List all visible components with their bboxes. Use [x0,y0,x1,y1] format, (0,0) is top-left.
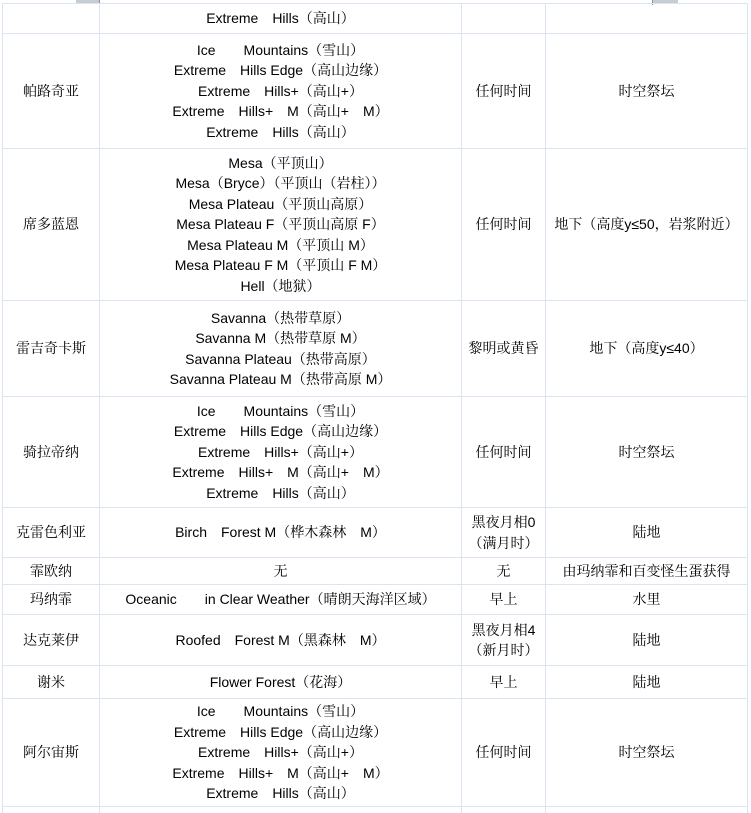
location-cell[interactable]: 水里 [546,585,748,615]
pokemon-name-cell[interactable]: 霏欧纳 [3,558,100,585]
pokemon-name-cell[interactable]: 骑拉帝纳 [3,397,100,508]
table-row-palkia: 帕路奇亚 Ice Mountains（雪山） Extreme Hills Edg… [3,34,748,149]
time-cell[interactable]: 黎明或黄昏 [462,301,546,397]
time-cell[interactable] [462,4,546,34]
time-cell[interactable]: 任何时间 [462,34,546,149]
location-cell[interactable] [546,807,748,813]
biome-cell[interactable]: Oceanic in Clear Weather（晴朗天海洋区域） [100,585,462,615]
biome-cell[interactable]: Ice Mountains（雪山） Extreme Hills Edge（高山边… [100,699,462,807]
biome-cell[interactable]: Ice Mountains（雪山） Extreme Hills Edge（高山边… [100,397,462,508]
table-row-phione: 霏欧纳 无 无 由玛纳霏和百变怪生蛋获得 [3,558,748,585]
table-row-giratina: 骑拉帝纳 Ice Mountains（雪山） Extreme Hills Edg… [3,397,748,508]
time-cell[interactable]: 任何时间 [462,699,546,807]
pokemon-name-cell[interactable]: 席多蓝恩 [3,149,100,301]
biome-cell[interactable]: Extreme Hills（高山） [100,4,462,34]
time-cell[interactable]: 任何时间 [462,149,546,301]
location-cell[interactable]: 陆地 [546,508,748,558]
pokemon-spawn-table: Extreme Hills（高山） 帕路奇亚 Ice Mountains（雪山）… [2,3,748,813]
location-cell[interactable]: 陆地 [546,615,748,666]
biome-cell[interactable]: 无 [100,558,462,585]
biome-cell[interactable]: Flower Forest（花海） [100,666,462,699]
location-cell[interactable]: 地下（高度y≤40） [546,301,748,397]
biome-cell[interactable]: Mesa（平顶山） Mesa（Bryce）（平顶山（岩柱）） Mesa Plat… [100,149,462,301]
location-cell[interactable]: 时空祭坛 [546,34,748,149]
location-cell[interactable]: 陆地 [546,666,748,699]
location-cell[interactable]: 由玛纳霏和百变怪生蛋获得 [546,558,748,585]
pokemon-name-cell[interactable]: 谢米 [3,666,100,699]
table-row-heatran: 席多蓝恩 Mesa（平顶山） Mesa（Bryce）（平顶山（岩柱）） Mesa… [3,149,748,301]
table-row-manaphy: 玛纳霏 Oceanic in Clear Weather（晴朗天海洋区域） 早上… [3,585,748,615]
table-row-partial-bottom [3,807,748,813]
table-row-arceus: 阿尔宙斯 Ice Mountains（雪山） Extreme Hills Edg… [3,699,748,807]
pokemon-name-cell[interactable]: 阿尔宙斯 [3,699,100,807]
pokemon-name-cell[interactable]: 达克莱伊 [3,615,100,666]
pokemon-name-cell[interactable]: 帕路奇亚 [3,34,100,149]
location-cell[interactable] [546,4,748,34]
time-cell[interactable]: 黑夜月相4 （新月时） [462,615,546,666]
time-cell[interactable]: 黑夜月相0 （满月时） [462,508,546,558]
table-row-regigigas: 雷吉奇卡斯 Savanna（热带草原） Savanna M（热带草原 M） Sa… [3,301,748,397]
pokemon-name-cell[interactable] [3,807,100,813]
time-cell[interactable]: 早上 [462,666,546,699]
biome-cell[interactable] [100,807,462,813]
time-cell[interactable] [462,807,546,813]
time-cell[interactable]: 早上 [462,585,546,615]
pokemon-name-cell[interactable] [3,4,100,34]
table-row-partial-top: Extreme Hills（高山） [3,4,748,34]
pokemon-name-cell[interactable]: 玛纳霏 [3,585,100,615]
location-cell[interactable]: 时空祭坛 [546,397,748,508]
pokemon-name-cell[interactable]: 克雷色利亚 [3,508,100,558]
table-row-darkrai: 达克莱伊 Roofed Forest M（黑森林 M） 黑夜月相4 （新月时） … [3,615,748,666]
time-cell[interactable]: 任何时间 [462,397,546,508]
location-cell[interactable]: 时空祭坛 [546,699,748,807]
biome-cell[interactable]: Roofed Forest M（黑森林 M） [100,615,462,666]
biome-cell[interactable]: Savanna（热带草原） Savanna M（热带草原 M） Savanna … [100,301,462,397]
biome-cell[interactable]: Birch Forest M（桦木森林 M） [100,508,462,558]
pokemon-name-cell[interactable]: 雷吉奇卡斯 [3,301,100,397]
table-row-shaymin: 谢米 Flower Forest（花海） 早上 陆地 [3,666,748,699]
table-row-cresselia: 克雷色利亚 Birch Forest M（桦木森林 M） 黑夜月相0 （满月时）… [3,508,748,558]
biome-cell[interactable]: Ice Mountains（雪山） Extreme Hills Edge（高山边… [100,34,462,149]
time-cell[interactable]: 无 [462,558,546,585]
location-cell[interactable]: 地下（高度y≤50，岩浆附近） [546,149,748,301]
